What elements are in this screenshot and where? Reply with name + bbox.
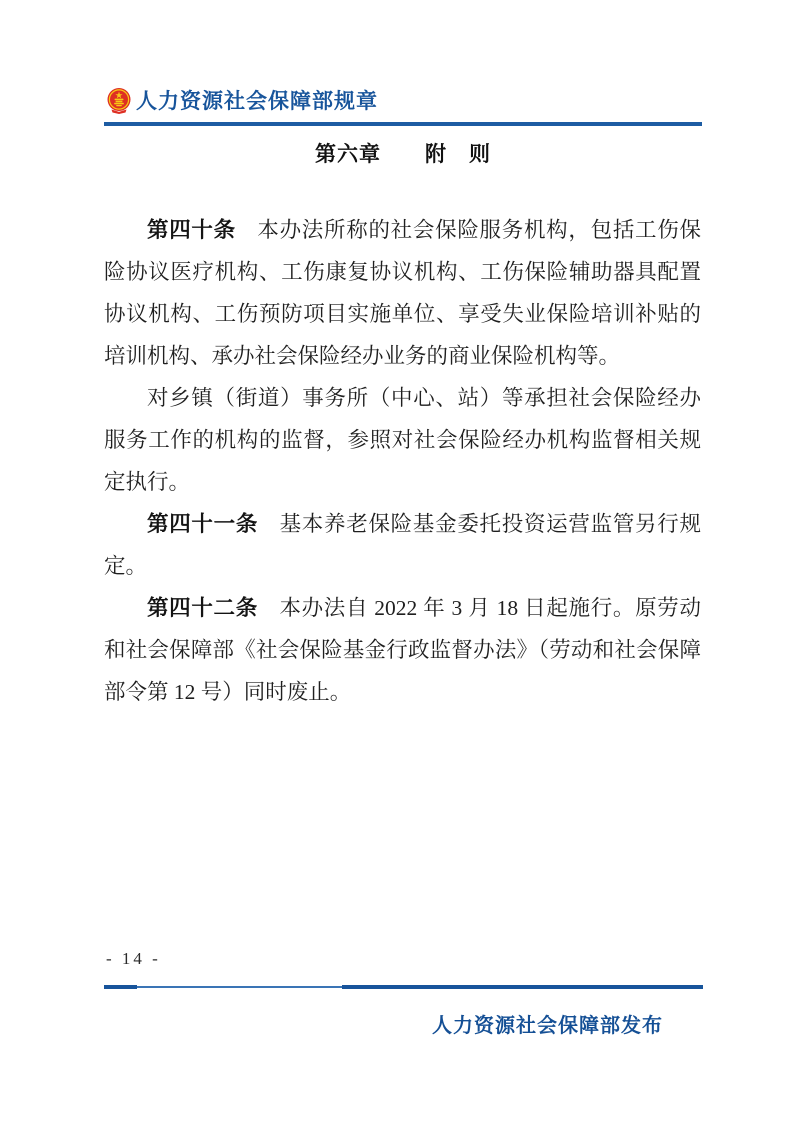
article-paragraph: 第四十一条基本养老保险基金委托投资运营监管另行规定。 <box>104 503 701 587</box>
document-header: 人力资源社会保障部规章 <box>106 85 378 115</box>
publisher-label: 人力资源社会保障部发布 <box>432 1009 663 1038</box>
document-body: 第四十条本办法所称的社会保险服务机构，包括工伤保险协议医疗机构、工伤康复协议机构… <box>104 209 701 713</box>
document-page: 人力资源社会保障部规章 第六章 附 则 第四十条本办法所称的社会保险服务机构，包… <box>0 0 793 1122</box>
article-number: 第四十条 <box>147 218 236 242</box>
article-paragraph: 第四十条本办法所称的社会保险服务机构，包括工伤保险协议医疗机构、工伤康复协议机构… <box>104 209 701 377</box>
article-text: 对乡镇（街道）事务所（中心、站）等承担社会保险经办服务工作的机构的监督，参照对社… <box>104 386 701 494</box>
article-number: 第四十二条 <box>147 596 258 620</box>
footer-divider <box>104 985 703 990</box>
article-paragraph: 对乡镇（街道）事务所（中心、站）等承担社会保险经办服务工作的机构的监督，参照对社… <box>104 377 701 503</box>
china-national-emblem-icon <box>106 87 132 114</box>
article-number: 第四十一条 <box>147 512 258 536</box>
footer-divider-right-segment <box>342 985 703 989</box>
chapter-title: 第六章 附 则 <box>104 138 702 168</box>
header-divider <box>104 122 702 126</box>
footer-divider-left-cap <box>104 985 137 989</box>
header-title: 人力资源社会保障部规章 <box>136 85 378 115</box>
article-paragraph: 第四十二条本办法自 2022 年 3 月 18 日起施行。原劳动和社会保障部《社… <box>104 587 701 713</box>
page-number: - 14 - <box>106 949 161 969</box>
